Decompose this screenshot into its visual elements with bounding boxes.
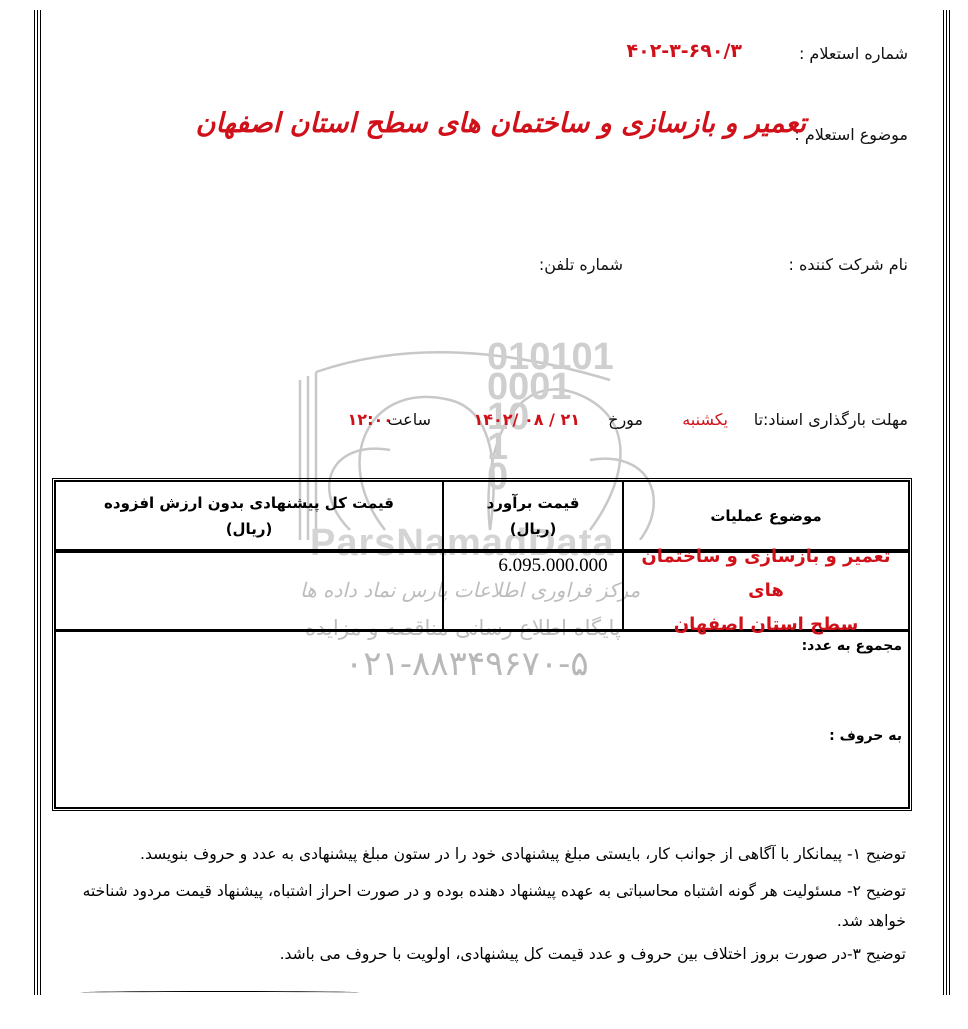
page-border-left (40, 10, 41, 995)
deadline-time: ۱۲:۰۰ (348, 410, 393, 429)
deadline-date: ۲۱ / ۰۸ /۱۴۰۲ (473, 410, 580, 429)
inquiry-subject-label: موضوع استعلام : (794, 125, 908, 144)
note-2: توضیح ۲- مسئولیت هر گونه اشتباه محاسباتی… (83, 882, 906, 900)
row-estimate-value: 6.095.000.000 (498, 555, 607, 577)
header-estimate: قیمت برآورد (ریال) (442, 482, 622, 549)
deadline-dated-label: مورخ (608, 410, 643, 429)
deadline-label: مهلت بارگذاری اسناد:تا (754, 410, 908, 429)
price-table: موضوع عملیات قیمت برآورد (ریال) قیمت کل … (54, 480, 910, 809)
header-estimate-label: قیمت برآورد (487, 490, 580, 516)
page-border-right (943, 10, 944, 995)
header-estimate-unit: (ریال) (510, 516, 557, 542)
page-border-right (949, 10, 950, 995)
sum-words-label: به حروف : (829, 728, 902, 744)
sum-numeric-label: مجموع به عدد: (802, 638, 902, 654)
row-total-input-cell[interactable] (56, 553, 442, 629)
row-estimate-cell: 6.095.000.000 (442, 553, 622, 629)
phone-number-label: شماره تلفن: (539, 255, 623, 274)
page-border-right (946, 10, 947, 995)
header-operation-label: موضوع عملیات (710, 503, 821, 529)
signature-line (80, 991, 360, 994)
row-operation-line-1: تعمیر و بازسازی و ساختمان های (624, 540, 908, 608)
inquiry-subject-value: تعمیر و بازسازی و ساختمان های سطح استان … (196, 108, 806, 139)
note-1: توضیح ۱- پیمانکار با آگاهی از جوانب کار،… (140, 845, 906, 863)
page-border-left (37, 10, 38, 995)
page-border-left (34, 10, 35, 995)
header-total-label: قیمت کل پیشنهادی بدون ارزش افزوده (104, 490, 394, 516)
note-2-continued: خواهد شد. (837, 912, 906, 930)
header-total: قیمت کل پیشنهادی بدون ارزش افزوده (ریال) (56, 482, 442, 549)
note-3: توضیح ۳-در صورت بروز اختلاف بین حروف و ع… (280, 945, 906, 963)
deadline-day: یکشنبه (682, 410, 728, 429)
header-operation: موضوع عملیات (622, 482, 908, 549)
company-name-label: نام شرکت کننده : (789, 255, 909, 274)
row-operation-cell: تعمیر و بازسازی و ساختمان های سطح استان … (622, 553, 908, 629)
sum-section: مجموع به عدد: به حروف : (56, 632, 908, 807)
inquiry-number-label: شماره استعلام : (799, 44, 908, 63)
header-total-unit: (ریال) (226, 516, 273, 542)
inquiry-number-value: ۴۰۲-۳-۶۹۰/۳ (627, 40, 742, 62)
table-row: تعمیر و بازسازی و ساختمان های سطح استان … (56, 553, 908, 632)
deadline-time-label: ساعت (387, 410, 431, 429)
